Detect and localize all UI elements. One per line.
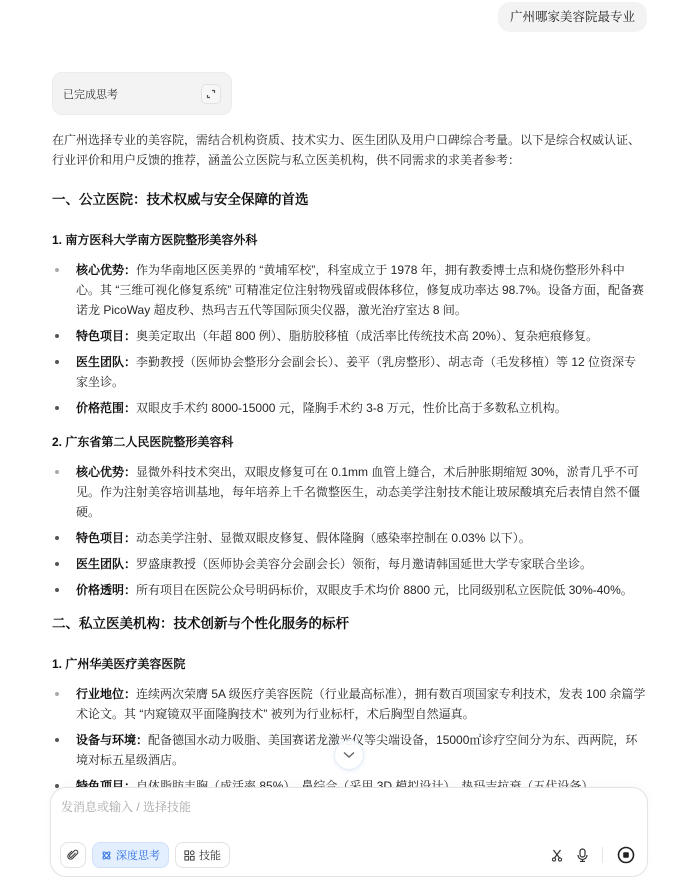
composer-actions [551,846,635,864]
attach-button[interactable] [60,842,86,868]
chevron-down-icon [343,751,355,759]
scroll-to-bottom-button[interactable] [334,740,364,770]
thinking-status-card[interactable]: 已完成思考 [52,72,232,115]
item-label: 医生团队： [76,355,136,369]
item-label: 特色项目： [76,329,136,343]
deep-think-label: 深度思考 [116,847,160,863]
hospital-name: 2. 广东省第二人民医院整形美容科 [52,432,648,452]
list-item: 特色项目：奥美定取出（年超 800 例）、脂肪胶移植（成活率比传统技术高 20%… [52,326,648,346]
message-composer: 深度思考 技能 [50,787,648,877]
composer-tools: 深度思考 技能 [60,842,230,868]
microphone-icon [577,848,588,862]
hospital-name: 1. 广州华美医疗美容医院 [52,654,648,674]
item-text: 罗盛康教授（医师协会美容分会副会长）领衔，每月邀请韩国延世大学专家联合坐诊。 [136,557,592,571]
item-text: 作为华南地区医美界的 “黄埔军校”，科室成立于 1978 年，拥有教委博士点和烧… [76,263,644,317]
item-label: 医生团队： [76,557,136,571]
section-heading-public: 一、公立医院：技术权威与安全保障的首选 [52,190,648,210]
item-label: 设备与环境： [76,733,148,747]
item-text: 所有项目在医院公众号明码标价，双眼皮手术均价 8800 元，比同级别私立医院低 … [136,583,633,597]
item-text: 动态美学注射、显微双眼皮修复、假体隆胸（感染率控制在 0.03% 以下）。 [136,531,531,545]
expand-thinking-button[interactable] [201,84,221,104]
list-item: 核心优势：作为华南地区医美界的 “黄埔军校”，科室成立于 1978 年，拥有教委… [52,260,648,320]
skills-icon [184,850,195,861]
list-item: 价格透明：所有项目在医院公众号明码标价，双眼皮手术均价 8800 元，比同级别私… [52,580,648,600]
hospital-details-list: 核心优势：显微外科技术突出，双眼皮修复可在 0.1mm 血管上缝合，术后肿胀期缩… [52,462,648,600]
skills-button[interactable]: 技能 [175,842,230,868]
item-text: 连续两次荣膺 5A 级医疗美容医院（行业最高标准），拥有数百项国家专利技术，发表… [76,687,645,721]
item-text: 双眼皮手术约 8000-15000 元，隆胸手术约 3-8 万元，性价比高于多数… [136,401,567,415]
item-label: 行业地位： [76,687,136,701]
hospital-name: 1. 南方医科大学南方医院整形美容外科 [52,230,648,250]
item-label: 价格范围： [76,401,136,415]
list-item: 医生团队：李勤教授（医师协会整形分会副会长）、姜平（乳房整形）、胡志奇（毛发移植… [52,352,648,392]
screenshot-button[interactable] [551,849,563,862]
section-heading-private: 二、私立医美机构：技术创新与个性化服务的标杆 [52,614,648,634]
item-label: 核心优势： [76,465,136,479]
list-item: 核心优势：显微外科技术突出，双眼皮修复可在 0.1mm 血管上缝合，术后肿胀期缩… [52,462,648,522]
voice-call-button[interactable] [617,846,635,864]
answer-intro: 在广州选择专业的美容院，需结合机构资质、技术实力、医生团队及用户口碑综合考量。以… [52,130,648,170]
thinking-status-label: 已完成思考 [63,86,118,102]
atom-icon [101,850,112,861]
list-item: 行业地位：连续两次荣膺 5A 级医疗美容医院（行业最高标准），拥有数百项国家专利… [52,684,648,724]
hospital-details-list: 核心优势：作为华南地区医美界的 “黄埔军校”，科室成立于 1978 年，拥有教委… [52,260,648,418]
expand-icon [206,89,216,99]
user-message-bubble: 广州哪家美容院最专业 [498,2,647,32]
list-item: 医生团队：罗盛康教授（医师协会美容分会副会长）领衔，每月邀请韩国延世大学专家联合… [52,554,648,574]
skills-label: 技能 [199,847,221,863]
voice-input-button[interactable] [577,848,588,862]
item-label: 特色项目： [76,531,136,545]
paperclip-icon [67,849,79,861]
item-label: 价格透明： [76,583,136,597]
deep-think-toggle[interactable]: 深度思考 [92,842,169,868]
item-label: 核心优势： [76,263,136,277]
record-stop-icon [617,846,635,864]
item-text: 奥美定取出（年超 800 例）、脂肪胶移植（成活率比传统技术高 20%）、复杂疤… [136,329,598,343]
message-input[interactable] [61,796,631,818]
item-text: 显微外科技术突出，双眼皮修复可在 0.1mm 血管上缝合，术后肿胀期缩短 30%… [76,465,640,519]
scissors-icon [551,849,563,862]
item-text: 李勤教授（医师协会整形分会副会长）、姜平（乳房整形）、胡志奇（毛发移植）等 12… [76,355,636,389]
toolbar-divider [602,847,603,863]
assistant-answer: 在广州选择专业的美容院，需结合机构资质、技术实力、医生团队及用户口碑综合考量。以… [52,130,648,810]
list-item: 特色项目：动态美学注射、显微双眼皮修复、假体隆胸（感染率控制在 0.03% 以下… [52,528,648,548]
list-item: 价格范围：双眼皮手术约 8000-15000 元，隆胸手术约 3-8 万元，性价… [52,398,648,418]
